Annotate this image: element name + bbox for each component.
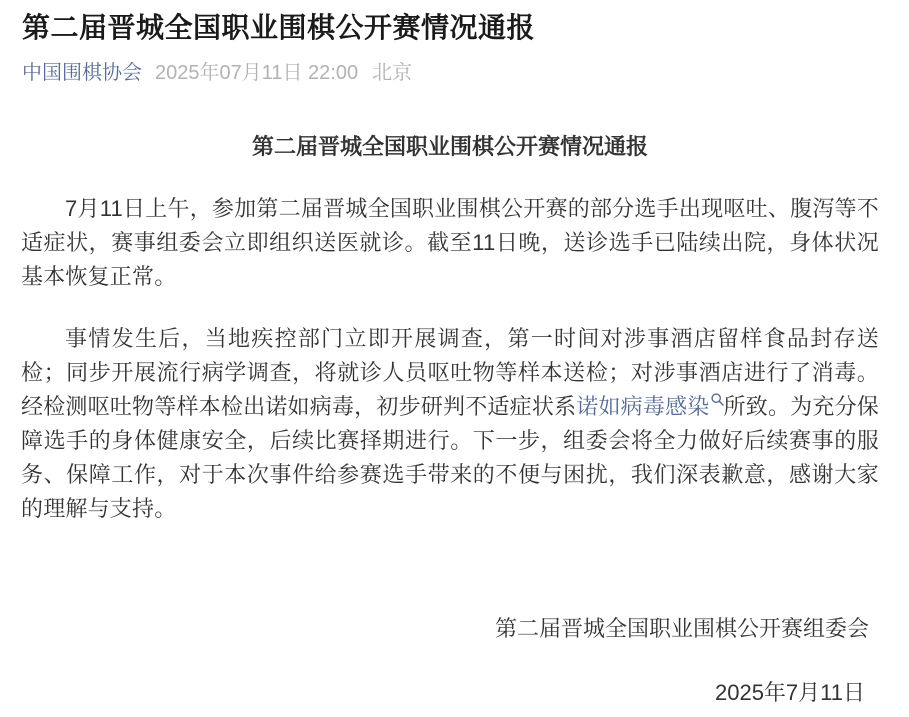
search-icon [711,393,724,406]
norovirus-search-link[interactable]: 诺如病毒感染 [576,394,723,419]
signature-date: 2025年7月11日 [21,676,865,710]
article-paragraph-2: 事情发生后，当地疾控部门立即开展调查，第一时间对涉事酒店留样食品封存送检；同步开… [21,322,879,526]
article-paragraph-1: 7月11日上午，参加第二届晋城全国职业围棋公开赛的部分选手出现呕吐、腹泻等不适症… [21,192,879,294]
account-name-link[interactable]: 中国围棋协会 [22,60,142,86]
article-meta: 中国围棋协会 2025年07月11日 22:00 北京 [21,60,879,86]
publish-time: 2025年07月11日 22:00 [155,60,358,86]
article-heading: 第二届晋城全国职业围棋公开赛情况通报 [21,130,879,164]
norovirus-link-text: 诺如病毒感染 [576,394,709,419]
article-page: 第二届晋城全国职业围棋公开赛情况通报 中国围棋协会 2025年07月11日 22… [0,8,909,710]
signature-committee: 第二届晋城全国职业围棋公开赛组委会 [21,612,869,646]
page-title: 第二届晋城全国职业围棋公开赛情况通报 [22,8,879,47]
publish-location: 北京 [372,60,412,86]
